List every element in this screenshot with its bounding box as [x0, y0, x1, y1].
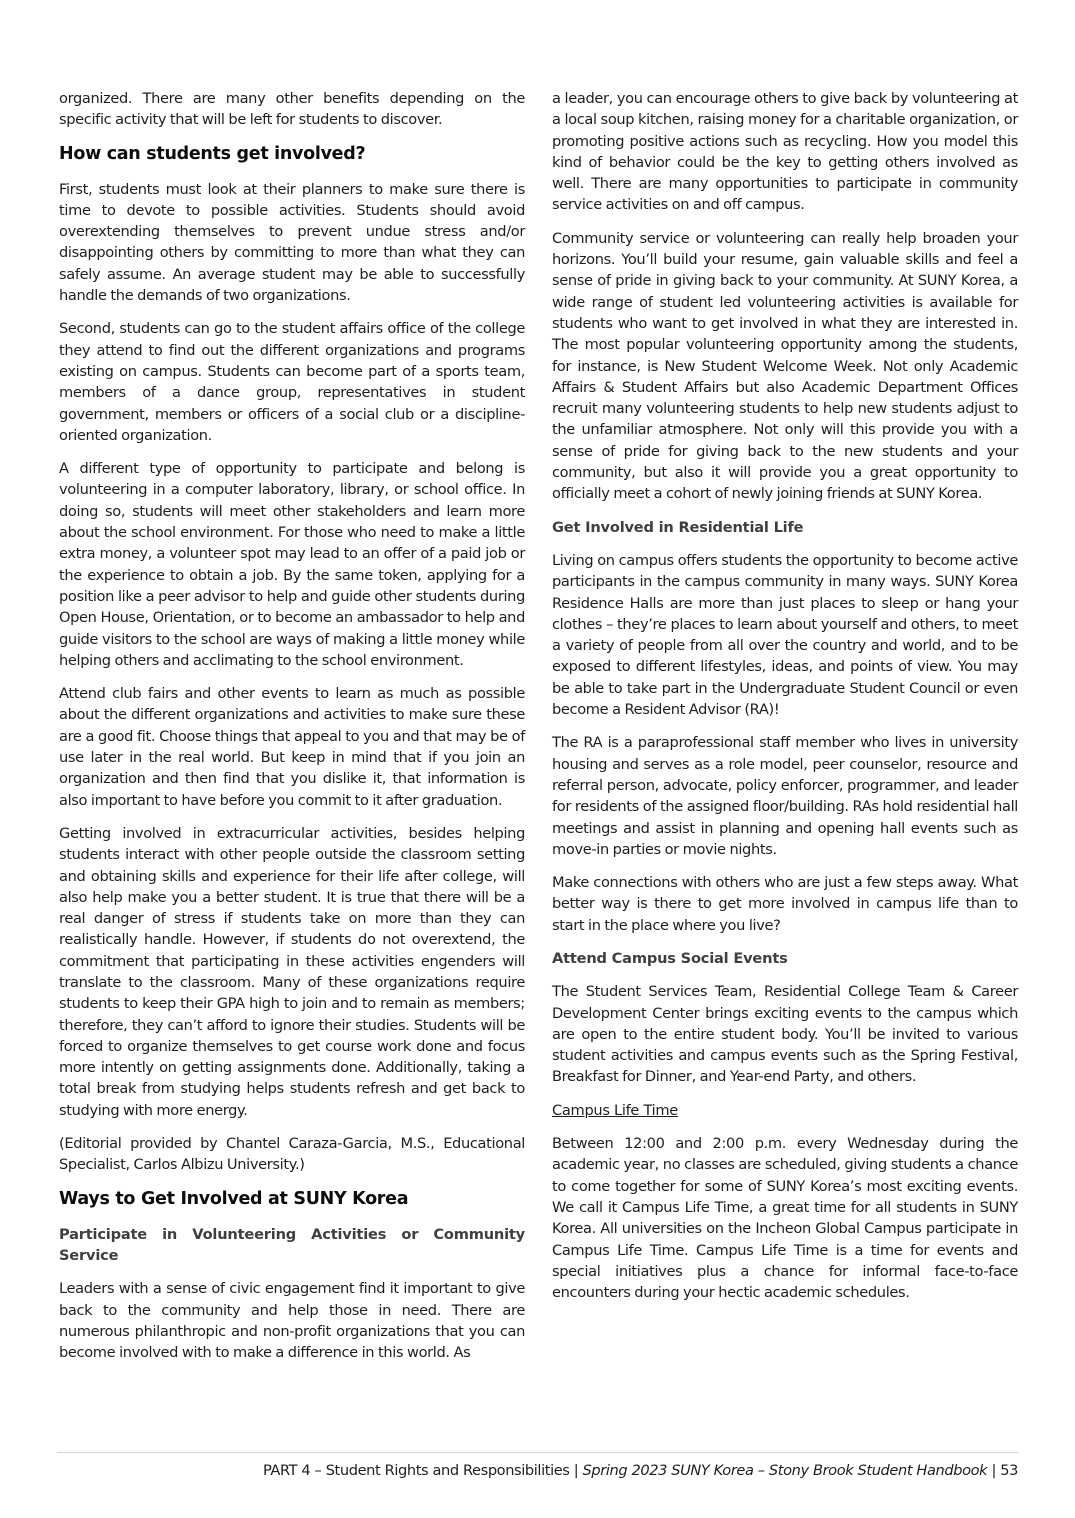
heading-how-can-students-get-involved: How can students get involved?	[59, 143, 525, 165]
page-number: 53	[1000, 1462, 1018, 1479]
living-on-campus-paragraph: Living on campus offers students the opp…	[552, 550, 1018, 720]
footer-divider	[57, 1452, 1019, 1453]
attend-club-fairs-paragraph: Attend club fairs and other events to le…	[59, 683, 525, 811]
first-paragraph: First, students must look at their plann…	[59, 179, 525, 307]
footer-section: PART 4 – Student Rights and Responsibili…	[263, 1462, 570, 1479]
page-footer: PART 4 – Student Rights and Responsibili…	[263, 1461, 1018, 1481]
left-column: organized. There are many other benefits…	[59, 88, 525, 1375]
subheading-campus-life-time: Campus Life Time	[552, 1100, 1018, 1121]
connections-paragraph: Make connections with others who are jus…	[552, 872, 1018, 936]
intro-tail-paragraph: organized. There are many other benefits…	[59, 88, 525, 131]
right-column: a leader, you can encourage others to gi…	[552, 88, 1018, 1315]
ra-paragraph: The RA is a paraprofessional staff membe…	[552, 732, 1018, 860]
getting-involved-paragraph: Getting involved in extracurricular acti…	[59, 823, 525, 1121]
editorial-credit: (Editorial provided by Chantel Caraza-Ga…	[59, 1133, 525, 1176]
community-service-paragraph: Community service or volunteering can re…	[552, 228, 1018, 505]
leaders-paragraph: Leaders with a sense of civic engagement…	[59, 1278, 525, 1363]
student-services-paragraph: The Student Services Team, Residential C…	[552, 981, 1018, 1087]
second-paragraph: Second, students can go to the student a…	[59, 318, 525, 446]
footer-publication: Spring 2023 SUNY Korea – Stony Brook Stu…	[583, 1462, 988, 1479]
footer-separator: |	[987, 1462, 1000, 1479]
heading-ways-to-get-involved: Ways to Get Involved at SUNY Korea	[59, 1188, 525, 1210]
campus-life-time-paragraph: Between 12:00 and 2:00 p.m. every Wednes…	[552, 1133, 1018, 1303]
different-opportunity-paragraph: A different type of opportunity to parti…	[59, 458, 525, 671]
subheading-volunteering: Participate in Volunteering Activities o…	[59, 1224, 525, 1267]
subheading-social-events: Attend Campus Social Events	[552, 948, 1018, 969]
leader-continued-paragraph: a leader, you can encourage others to gi…	[552, 88, 1018, 216]
subheading-residential-life: Get Involved in Residential Life	[552, 517, 1018, 538]
footer-separator: |	[570, 1462, 583, 1479]
